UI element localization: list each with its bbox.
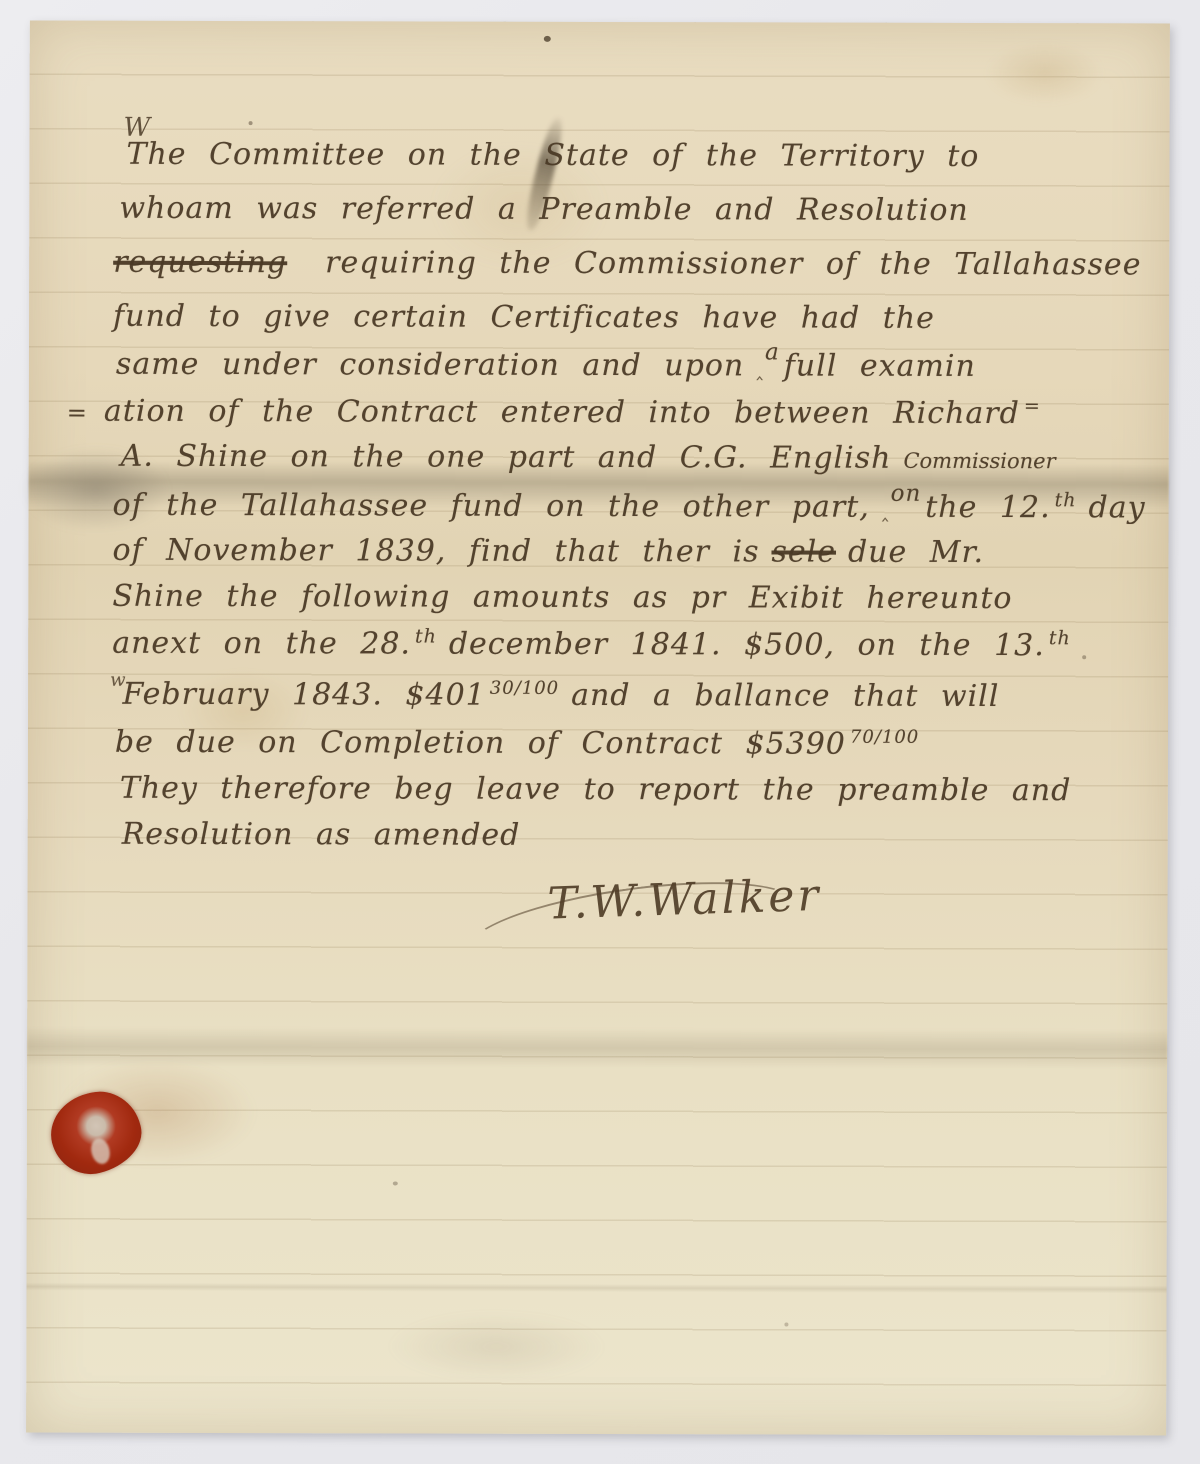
line-text: of November 1839, find that ther is: [112, 533, 759, 570]
handwritten-line: anext on the 28.thdecember 1841. $500, o…: [112, 625, 1071, 664]
handwritten-line: requestingrequiring the Commissioner of …: [113, 245, 1141, 283]
age-stain: [985, 41, 1105, 105]
line-text: full examin: [784, 348, 976, 384]
ink-speck: [393, 1181, 398, 1185]
handwritten-line: They therefore beg leave to report the p…: [120, 771, 1072, 808]
line-text: december 1841. $500, on the 13.: [449, 627, 1045, 664]
ink-speck: [249, 121, 253, 125]
handwritten-line: of the Tallahassee fund on the other par…: [113, 487, 1146, 526]
document-paper: W The Committee on the State of the Terr…: [26, 21, 1170, 1436]
line-text: anext on the 28.: [112, 626, 411, 662]
line-text: They therefore beg leave to report the p…: [120, 771, 1072, 808]
handwritten-line: same under consideration and upon‸afull …: [116, 347, 976, 384]
handwritten-line: =ation of the Contract entered into betw…: [67, 393, 1041, 432]
handwritten-line: Shine the following amounts as pr Exibit…: [112, 579, 1012, 616]
line-text: requiring the Commissioner of the Tallah…: [325, 245, 1141, 282]
strikethrough-word: sele: [771, 534, 836, 569]
fold-crease-lower: [27, 1027, 1167, 1070]
handwritten-line: A. Shine on the one part and C.G. Englis…: [121, 439, 1056, 476]
line-text: The Committee on the State of the Territ…: [126, 137, 979, 174]
fraction-superscript: 70/100: [850, 727, 919, 748]
scanned-document-page: { "colors": { "background": "#e9e9ec", "…: [0, 0, 1200, 1464]
line-text: the 12.: [925, 490, 1050, 525]
wax-seal-remnant: [43, 1083, 150, 1182]
line-text: ation of the Contract entered into betwe…: [104, 394, 1020, 431]
handwritten-line: The Committee on the State of the Territ…: [126, 137, 979, 174]
line-text: and a ballance that will: [571, 678, 999, 714]
caret-mark: ‸: [882, 498, 890, 522]
fold-crease-bottom: [27, 1283, 1167, 1294]
line-text: February 1843. $401: [122, 677, 485, 713]
ink-speck: [784, 1322, 788, 1326]
inserted-word: on: [891, 481, 922, 507]
ink-speck: [544, 36, 551, 42]
handwritten-line: Resolution as amended: [122, 817, 521, 853]
flourish-mark: w: [110, 670, 126, 691]
squeezed-word: Commissioner: [903, 449, 1055, 473]
fraction-superscript: 30/100: [490, 678, 559, 699]
line-text: whoam was referred a Preamble and Resolu…: [119, 191, 968, 228]
line-text: Shine the following amounts as pr Exibit…: [112, 579, 1012, 616]
handwritten-line: be due on Completion of Contract $539070…: [115, 725, 919, 762]
superscript: th: [1049, 627, 1071, 649]
hyphenation-mark: =: [1024, 395, 1041, 417]
line-text: A. Shine on the one part and C.G. Englis…: [121, 439, 892, 476]
line-text: same under consideration and upon: [116, 347, 744, 384]
age-stain: [386, 1311, 606, 1382]
caret-mark: ‸: [756, 356, 764, 380]
line-text: be due on Completion of Contract $5390: [115, 725, 846, 762]
handwritten-line: of November 1839, find that ther isseled…: [112, 533, 984, 570]
line-text: Resolution as amended: [122, 817, 521, 853]
inserted-word: a: [765, 339, 780, 365]
strikethrough-word: requesting: [113, 245, 287, 280]
line-text: due Mr.: [848, 535, 984, 570]
superscript: th: [1055, 489, 1077, 511]
superscript: th: [415, 626, 437, 648]
line-text: of the Tallahassee fund on the other par…: [113, 488, 870, 525]
hyphenation-mark: =: [67, 399, 88, 427]
handwritten-line: wFebruary 1843. $40130/100and a ballance…: [110, 677, 999, 714]
handwritten-line: fund to give certain Certificates have h…: [113, 299, 935, 336]
line-text: day: [1088, 490, 1145, 525]
handwritten-line: whoam was referred a Preamble and Resolu…: [119, 191, 968, 228]
line-text: fund to give certain Certificates have h…: [113, 299, 935, 336]
ink-speck: [1082, 655, 1086, 659]
signature: T.W.Walker: [547, 870, 822, 930]
